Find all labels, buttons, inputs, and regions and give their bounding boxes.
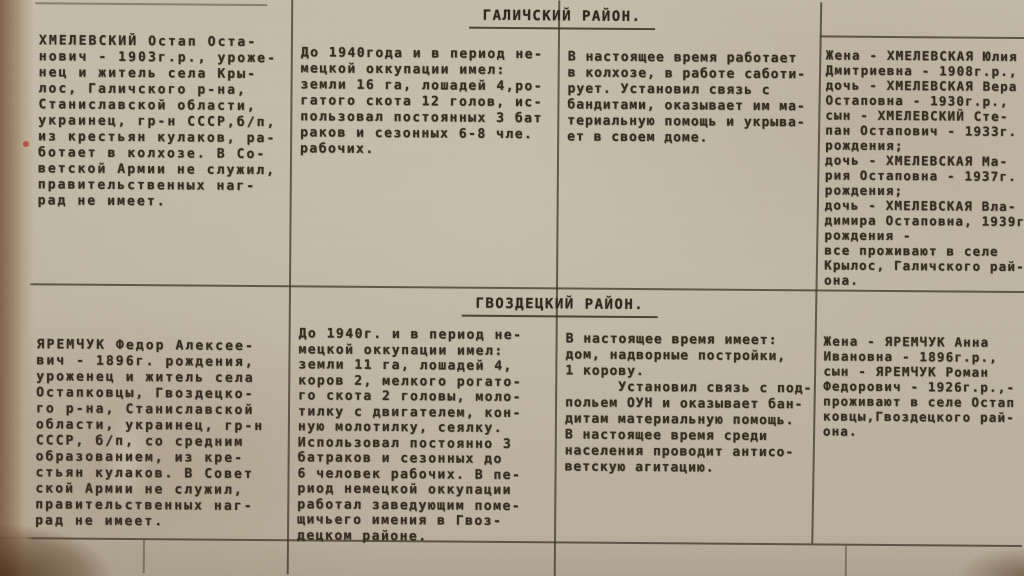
cell-property-khmelevsky: До 1940года и в период не- мецкой оккупа… — [300, 45, 555, 159]
cell-present-yaremchuk: В настоящее время имеет: дом, надворные … — [565, 331, 814, 477]
dark-corner-bottom-right — [934, 536, 1024, 576]
dark-corner-bottom-left — [0, 506, 150, 576]
section-header-gvozdets: ГВОЗДЕЦКИЙ РАЙОН. — [430, 295, 690, 318]
cell-identity-khmelevsky: ХМЕЛЕВСКИЙ Остап Оста- нович - 1903г.р.,… — [38, 33, 287, 211]
section-header-galich-text: ГАЛИЧСКИЙ РАЙОН. — [469, 8, 656, 30]
book-binding-edge — [0, 0, 34, 576]
cell-present-khmelevsky: В настоящее время работает в колхозе, в … — [567, 49, 816, 147]
table-top-rule-left — [35, 2, 267, 6]
scanned-document-page: { "colors": { "paper": "#c9c0ae", "ink":… — [0, 0, 1024, 576]
cell-family-yaremchuk: Жена - ЯРЕМЧУК Анна Ивановна - 1896г.р.,… — [823, 333, 1022, 440]
cell-family-khmelevsky: Жена - ХМЕЛЕВСКАЯ Юлия Дмитриевна - 1908… — [824, 47, 1024, 289]
cell-property-yaremchuk: До 1940г. и в период не- мецкой оккупаци… — [297, 326, 553, 545]
red-ink-mark — [23, 141, 29, 147]
section-header-galich: ГАЛИЧСКИЙ РАЙОН. — [432, 7, 692, 30]
section-header-gvozdets-text: ГВОЗДЕЦКИЙ РАЙОН. — [461, 296, 658, 319]
cell-identity-yaremchuk: ЯРЕМЧУК Федор Алексее- вич - 1896г. рожд… — [35, 337, 285, 531]
table-top-rule-right — [820, 35, 1024, 39]
next-row-divider-2 — [845, 546, 847, 576]
document-sheet: ГАЛИЧСКИЙ РАЙОН. ХМЕЛЕВСКИЙ Остап Оста- … — [0, 0, 1024, 576]
